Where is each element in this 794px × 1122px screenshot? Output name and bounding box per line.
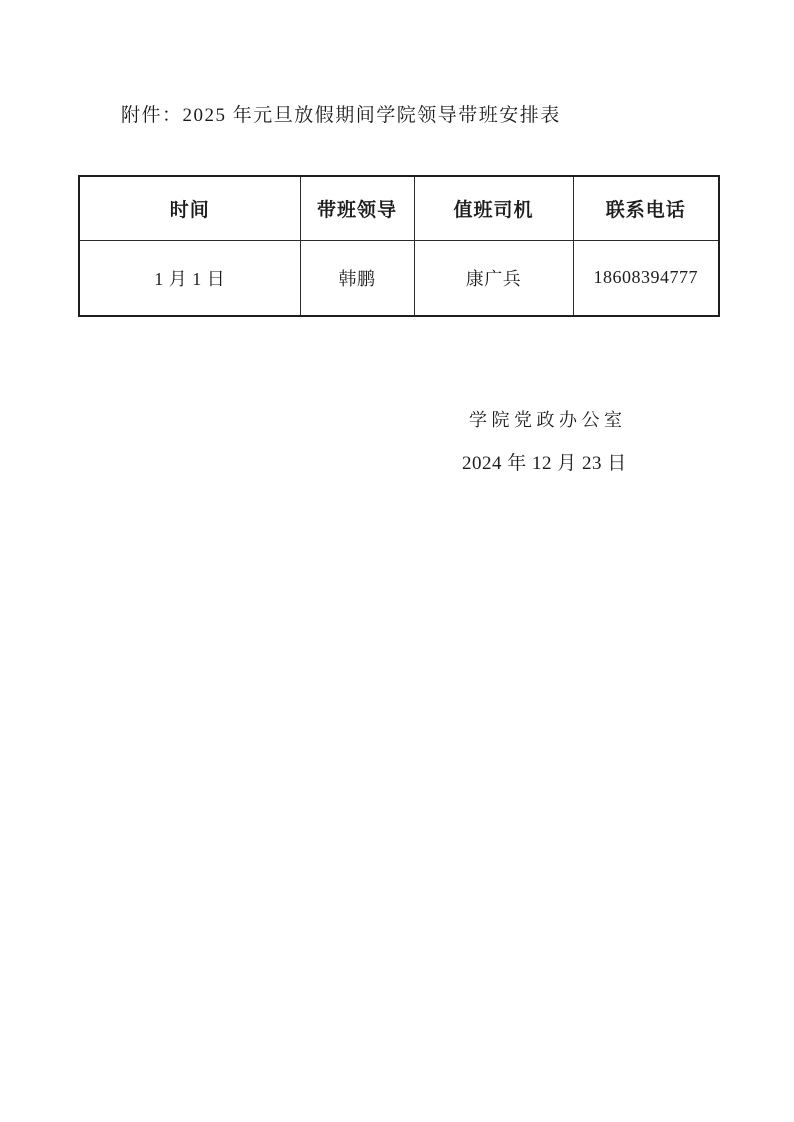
attachment-title: 附件：2025 年元旦放假期间学院领导带班安排表 xyxy=(121,104,561,128)
header-cell-leader: 带班领导 xyxy=(300,176,414,240)
duty-schedule-table: 时间 带班领导 值班司机 联系电话 1 月 1 日 韩鹏 康广兵 1860839… xyxy=(78,175,720,317)
document-page: 附件：2025 年元旦放假期间学院领导带班安排表 时间 带班领导 值班司机 联系… xyxy=(0,0,794,1122)
table-row: 1 月 1 日 韩鹏 康广兵 18608394777 xyxy=(79,240,719,316)
header-cell-driver: 值班司机 xyxy=(414,176,573,240)
cell-time: 1 月 1 日 xyxy=(79,240,300,316)
header-cell-phone: 联系电话 xyxy=(573,176,719,240)
table-header-row: 时间 带班领导 值班司机 联系电话 xyxy=(79,176,719,240)
signature-date: 2024 年 12 月 23 日 xyxy=(462,452,627,476)
header-cell-time: 时间 xyxy=(79,176,300,240)
cell-phone: 18608394777 xyxy=(573,240,719,316)
cell-leader: 韩鹏 xyxy=(300,240,414,316)
signature-office: 学院党政办公室 xyxy=(469,408,627,432)
cell-driver: 康广兵 xyxy=(414,240,573,316)
